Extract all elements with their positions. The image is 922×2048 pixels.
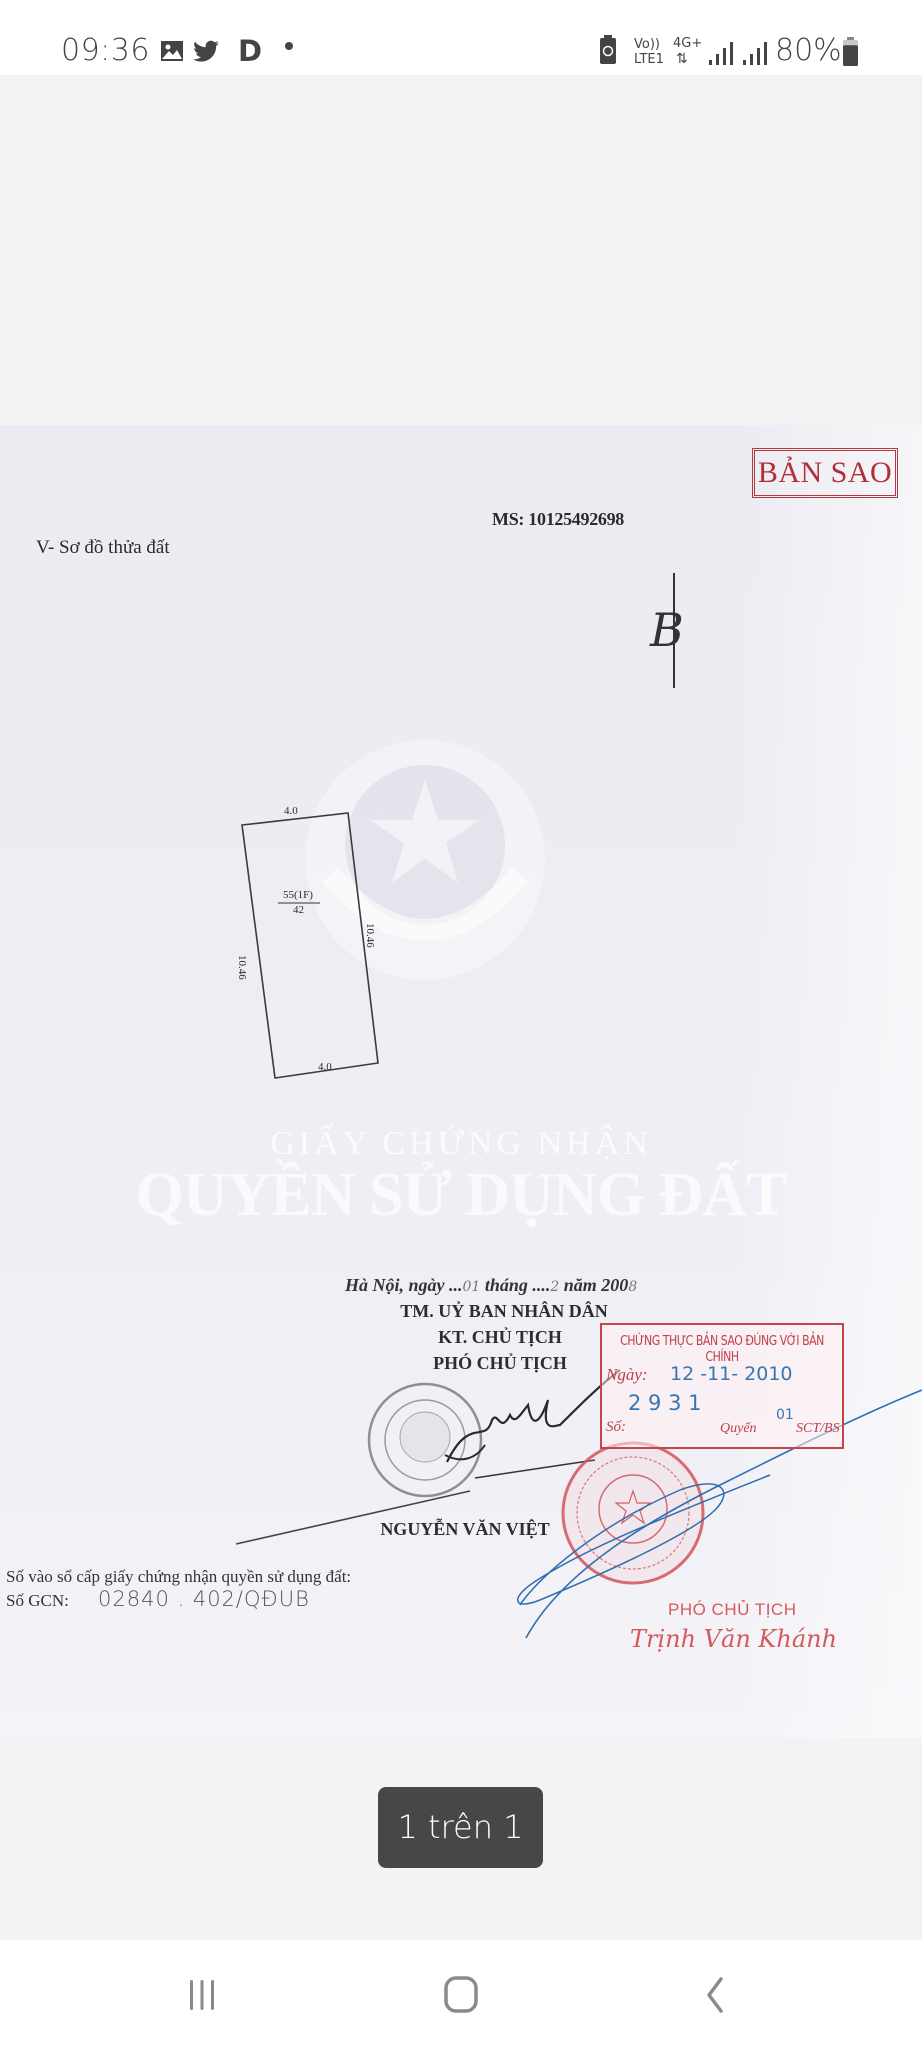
cert-date-value: 12 -11- 2010 [670,1363,793,1385]
gallery-icon [160,40,184,62]
cert-date-label: Ngày: [606,1365,648,1385]
certification-stamp: CHỨNG THỰC BẢN SAO ĐÚNG VỚI BẢN CHÍNH Ng… [600,1323,844,1449]
network-type-label: 4G+ [673,36,702,51]
district-seal [369,1384,481,1496]
gcn-value: 02840 . 402/QĐUB [98,1587,310,1611]
battery-percent: 80% [775,33,842,68]
gcn-label: Số GCN: [6,1591,69,1611]
home-button[interactable] [416,1960,506,2030]
image-viewer[interactable]: GIẤY CHỨNG NHẬN QUYỀN SỬ DỤNG ĐẤT BẢN SA… [0,75,922,1940]
status-time: 09:36 [61,33,150,68]
back-button[interactable] [670,1960,760,2030]
navigation-bar [0,1940,922,2048]
signatory-name: NGUYỄN VĂN VIỆT [335,1519,595,1540]
battery-icon [843,37,858,66]
certifier-title: PHÓ CHỦ TỊCH [668,1600,796,1620]
document-image[interactable]: GIẤY CHỨNG NHẬN QUYỀN SỬ DỤNG ĐẤT BẢN SA… [0,425,922,1738]
dot-icon [285,42,293,50]
battery-saver-icon [600,35,616,65]
volte-label: Vo)) [634,37,660,52]
page-indicator: 1 trên 1 [378,1787,543,1868]
cert-title: CHỨNG THỰC BẢN SAO ĐÚNG VỚI BẢN CHÍNH [614,1333,830,1365]
recents-icon [187,1978,217,2012]
status-bar: 09:36 D Vo)) LTE1 4G+ ⇅ 80% [0,0,922,75]
data-arrows-icon: ⇅ [676,51,688,67]
seal-and-signatures [0,425,922,1738]
twitter-icon [192,40,220,64]
cert-number-label: Số: [606,1419,626,1436]
cert-book-label: Quyển [720,1421,757,1437]
gcn-register-title: Số vào sổ cấp giấy chứng nhận quyền sử d… [6,1567,351,1587]
certifier-name: Trịnh Văn Khánh [630,1625,837,1653]
cert-book-code: SCT/BS [796,1421,840,1437]
home-icon [443,1975,479,2015]
lte-label: LTE1 [634,52,664,67]
cert-number-value: 2 9 3 1 [628,1391,701,1415]
back-icon [703,1975,727,2015]
cert-book-value: 01 [776,1407,794,1423]
d-app-icon: D [238,34,262,68]
signal-sim2-icon [742,40,768,66]
signal-sim1-icon [708,40,734,66]
recents-button[interactable] [157,1960,247,2030]
